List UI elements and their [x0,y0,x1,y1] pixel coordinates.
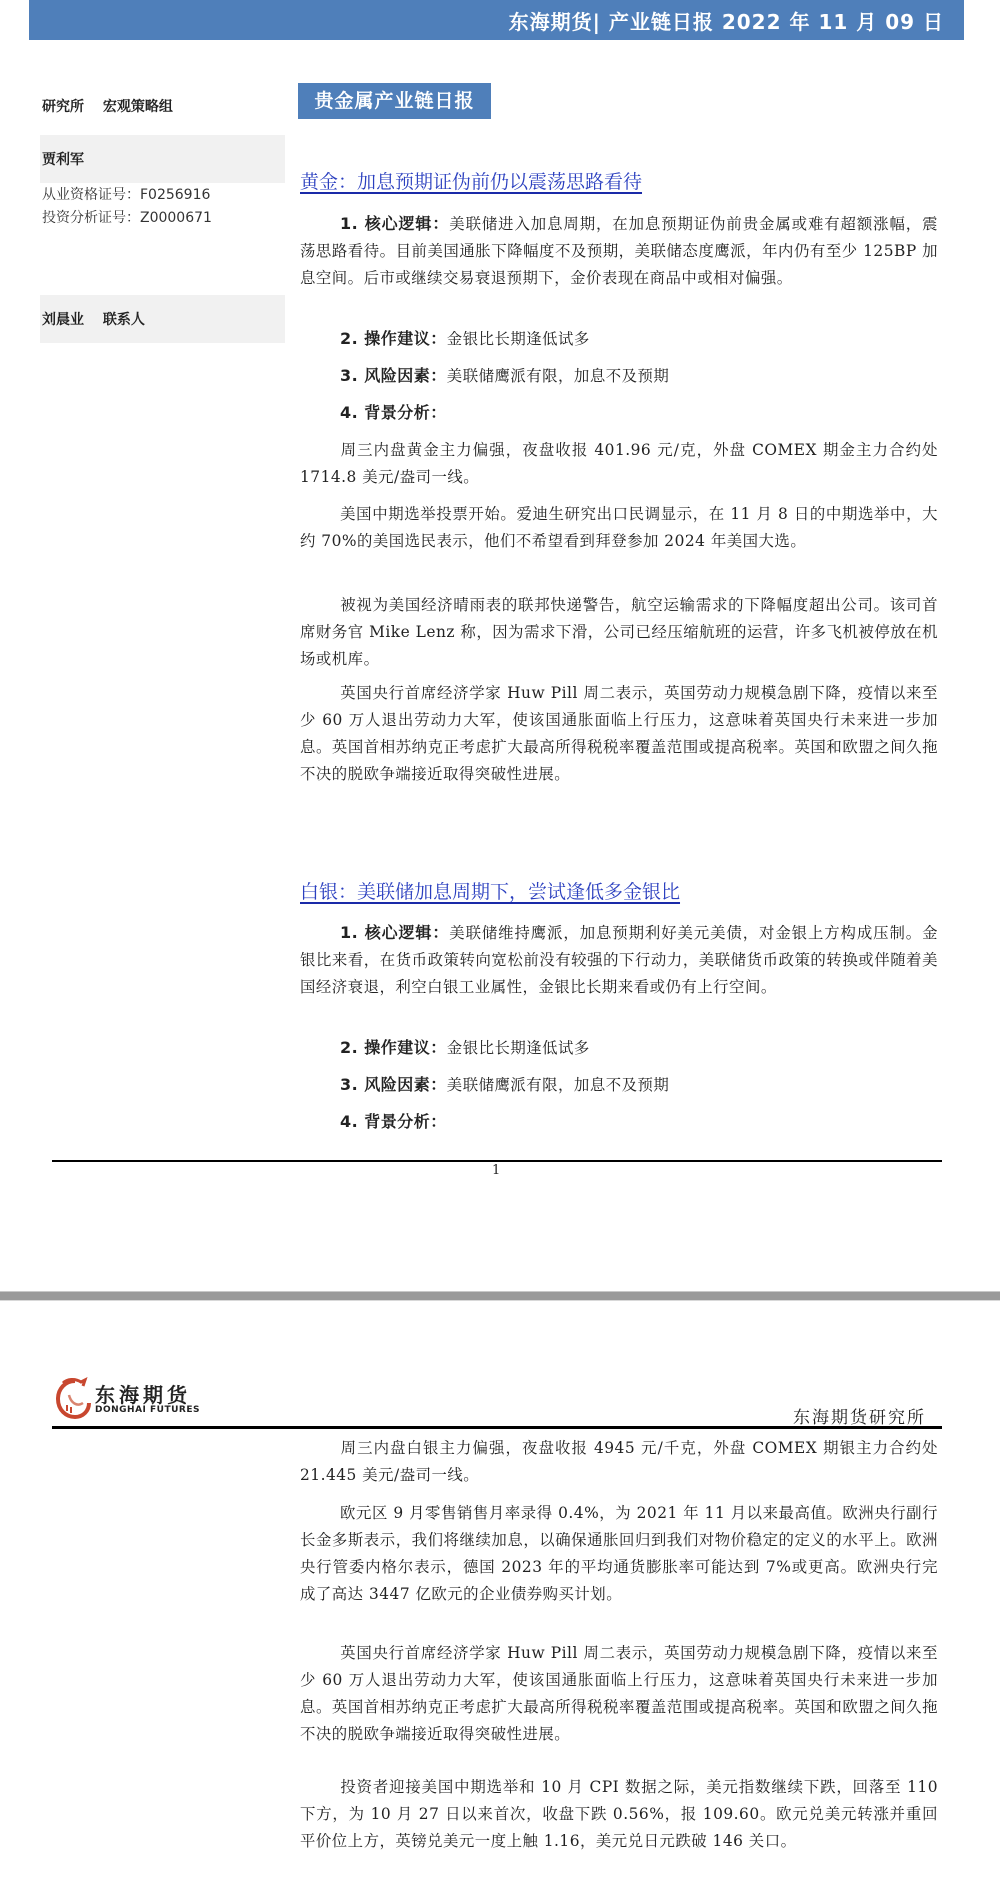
section-badge: 贵金属产业链日报 [298,83,491,119]
gold-risk-label: 3. 风险因素： [340,366,447,385]
page2-header-rule [52,1426,942,1429]
gold-operation-text: 金银比长期逢低试多 [447,330,590,348]
silver-background-label: 4. 背景分析： [340,1112,447,1131]
silver-operation-advice: 2. 操作建议：金银比长期逢低试多 [340,1034,590,1062]
analyst1-qualification: 从业资格证号：F0256916 [42,184,210,204]
paragraph-text: 投资者迎接美国中期选举和 10 月 CPI 数据之际，美元指数继续下跌，回落至 … [300,1778,938,1850]
report-header-bar: 东海期货| 产业链日报 2022 年 11 月 09 日 [29,0,964,40]
paragraph-text: 欧元区 9 月零售销售月率录得 0.4%，为 2021 年 11 月以来最高值。… [300,1504,938,1603]
department-label: 研究所 宏观策略组 [42,96,187,116]
department-institute: 研究所 [42,99,84,115]
gold-background-para-1: 周三内盘黄金主力偏强，夜盘收报 401.96 元/克，外盘 COMEX 期金主力… [300,437,938,491]
gold-core-logic: 1. 核心逻辑：美联储进入加息周期，在加息预期证伪前贵金属或难有超额涨幅，震荡思… [300,210,938,292]
analyst2-box: 刘晨业 联系人 [40,295,285,343]
gold-core-logic-label: 1. 核心逻辑： [340,214,449,233]
gold-operation-advice: 2. 操作建议：金银比长期逢低试多 [340,325,590,353]
silver-operation-label: 2. 操作建议： [340,1038,447,1057]
paragraph-text: 英国央行首席经济学家 Huw Pill 周二表示，英国劳动力规模急剧下降，疫情以… [300,1644,938,1743]
paragraph-text: 周三内盘黄金主力偏强，夜盘收报 401.96 元/克，外盘 COMEX 期金主力… [300,441,938,486]
paragraph-text: 英国央行首席经济学家 Huw Pill 周二表示，英国劳动力规模急剧下降，疫情以… [300,684,938,783]
silver-background-heading: 4. 背景分析： [340,1108,447,1136]
report-title: 东海期货| 产业链日报 2022 年 11 月 09 日 [509,6,944,35]
analyst2-name-role: 刘晨业 联系人 [40,295,285,329]
gold-background-para-3: 被视为美国经济晴雨表的联邦快递警告，航空运输需求的下降幅度超出公司。该司首席财务… [300,592,938,673]
dragon-logo-icon [55,1377,93,1421]
analyst1-name-box: 贾利军 [40,135,285,183]
page-number: 1 [492,1163,500,1178]
silver-operation-text: 金银比长期逢低试多 [447,1039,590,1057]
department-group: 宏观策略组 [103,99,173,115]
page-separator [0,1291,1000,1301]
paragraph-text: 美国中期选举投票开始。爱迪生研究出口民调显示，在 11 月 8 日的中期选举中，… [300,505,938,550]
silver-core-logic-label: 1. 核心逻辑： [340,923,449,942]
analyst1-name: 贾利军 [40,135,285,169]
gold-risk-factors: 3. 风险因素：美联储鹰派有限，加息不及预期 [340,362,669,390]
gold-background-heading: 4. 背景分析： [340,399,447,427]
gold-background-para-4: 英国央行首席经济学家 Huw Pill 周二表示，英国劳动力规模急剧下降，疫情以… [300,680,938,788]
logo-chinese-text: 东海期货 [95,1379,191,1408]
paragraph-text: 周三内盘白银主力偏强，夜盘收报 4945 元/千克，外盘 COMEX 期银主力合… [300,1439,938,1484]
gold-operation-label: 2. 操作建议： [340,329,447,348]
institute-name: 东海期货研究所 [793,1403,926,1428]
silver-core-logic: 1. 核心逻辑：美联储维持鹰派，加息预期利好美元美债，对金银上方构成压制。金银比… [300,919,938,1001]
gold-background-para-2: 美国中期选举投票开始。爱迪生研究出口民调显示，在 11 月 8 日的中期选举中，… [300,501,938,555]
logo-english-text: DONGHAI FUTURES [95,1405,200,1415]
silver-background-para-1: 周三内盘白银主力偏强，夜盘收报 4945 元/千克，外盘 COMEX 期银主力合… [300,1435,938,1489]
analyst1-analysis-cert: 投资分析证号：Z0000671 [42,207,212,227]
silver-section-title: 白银：美联储加息周期下，尝试逢低多金银比 [300,877,680,904]
silver-risk-label: 3. 风险因素： [340,1075,447,1094]
footer-rule [52,1160,942,1162]
donghai-logo: 东海期货 DONGHAI FUTURES [55,1377,215,1423]
gold-background-label: 4. 背景分析： [340,403,447,422]
silver-background-para-3: 英国央行首席经济学家 Huw Pill 周二表示，英国劳动力规模急剧下降，疫情以… [300,1640,938,1748]
gold-section-title: 黄金：加息预期证伪前仍以震荡思路看待 [300,167,642,194]
silver-background-para-2: 欧元区 9 月零售销售月率录得 0.4%，为 2021 年 11 月以来最高值。… [300,1500,938,1608]
silver-risk-factors: 3. 风险因素：美联储鹰派有限，加息不及预期 [340,1071,669,1099]
silver-background-para-4: 投资者迎接美国中期选举和 10 月 CPI 数据之际，美元指数继续下跌，回落至 … [300,1774,938,1855]
paragraph-text: 被视为美国经济晴雨表的联邦快递警告，航空运输需求的下降幅度超出公司。该司首席财务… [300,596,938,668]
gold-risk-text: 美联储鹰派有限，加息不及预期 [447,367,669,385]
silver-risk-text: 美联储鹰派有限，加息不及预期 [447,1076,669,1094]
